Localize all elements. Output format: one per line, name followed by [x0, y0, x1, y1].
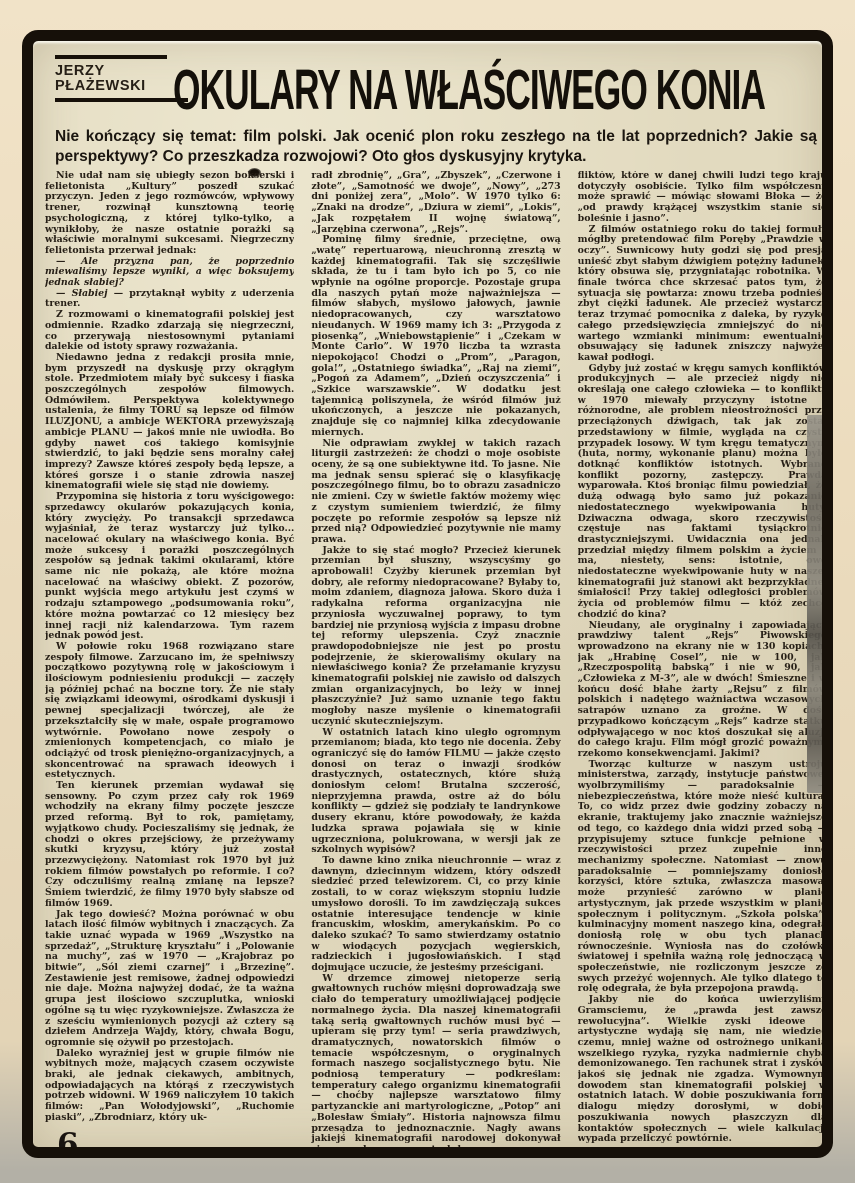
- text-run: radł zbrodnię”, „Gra”, „Zbyszek”, „Czerw…: [311, 171, 560, 235]
- article-paragraph: Jakby nie do końca uwierzyliśmy Gramscie…: [578, 995, 822, 1145]
- article-title: OKULARY NA WŁAŚCIWEGO KONIA: [173, 57, 765, 123]
- text-run: To dawne kino znika nieuchronnie — wraz …: [311, 855, 560, 973]
- article-paragraph: Tworząc kulturze w naszym ustroju minist…: [578, 760, 822, 995]
- text-run: Gdyby już zostać w kręgu samych konflikt…: [578, 363, 822, 620]
- text-run: Przypomina się historia z toru wyścigowe…: [45, 491, 294, 641]
- text-run: Pominę filmy średnie, przeciętne, ową „w…: [311, 234, 560, 438]
- text-run: Nieudany, ale oryginalny i zapowiadający…: [578, 620, 822, 759]
- article-paragraph: Z rozmowami o kinematografii polskiej je…: [45, 310, 294, 353]
- text-run: Jak tego dowieść? Można porównać w obu l…: [45, 909, 294, 1048]
- article-paragraph: W ostatnich latach kino uległo ogromnym …: [311, 728, 560, 856]
- article-column-3: fliktów, które w danej chwili ludzi tego…: [578, 171, 822, 1147]
- article-paragraph: Jakże to się stać mogło? Przecież kierun…: [311, 546, 560, 728]
- article-paragraph: Nie udał nam się ubiegły sezon bokserski…: [45, 171, 294, 257]
- article-paragraph: To dawne kino znika nieuchronnie — wraz …: [311, 856, 560, 974]
- byline-rule-bottom: [55, 98, 188, 102]
- article-column-1: Nie udał nam się ubiegły sezon bokserski…: [45, 171, 294, 1147]
- page-number: 6: [57, 1127, 79, 1147]
- text-run: W połowie roku 1968 rozwiązano stare zes…: [45, 641, 294, 780]
- text-run: fliktów, które w danej chwili ludzi tego…: [578, 171, 822, 224]
- author-first-name: JERZY: [55, 64, 189, 79]
- article-column-2: radł zbrodnię”, „Gra”, „Zbyszek”, „Czerw…: [311, 171, 560, 1147]
- author-byline: JERZY PŁAŻEWSKI: [55, 55, 189, 102]
- article-paragraph: Niedawno jedna z redakcji prosiła mnie, …: [45, 353, 294, 492]
- paper: JERZY PŁAŻEWSKI OKULARY NA WŁAŚCIWEGO KO…: [33, 41, 822, 1147]
- article-paragraph: radł zbrodnię”, „Gra”, „Zbyszek”, „Czerw…: [311, 171, 560, 235]
- text-run: W ostatnich latach kino uległo ogromnym …: [311, 727, 560, 856]
- byline-rule-top: [55, 55, 167, 59]
- scanned-magazine-page: { "page_number": "6", "header": { "bylin…: [0, 0, 855, 1183]
- article-paragraph: fliktów, które w danej chwili ludzi tego…: [578, 171, 822, 225]
- text-run: Tworząc kulturze w naszym ustroju minist…: [578, 759, 822, 995]
- text-run: W drzemce zimowej nietoperze serią gwałt…: [311, 973, 560, 1147]
- text-run: Ten kierunek przemian wydawał się sensow…: [45, 780, 294, 909]
- text-run: Nie odprawiam zwykłej w takich razach li…: [311, 438, 560, 545]
- scan-artifact-strip: [807, 415, 822, 793]
- article-paragraph: W połowie roku 1968 rozwiązano stare zes…: [45, 642, 294, 781]
- text-run: Daleko wyraźniej jest w grupie filmów ni…: [45, 1048, 294, 1123]
- article-paragraph: — Słabiej — przytaknął wybity z uderzeni…: [45, 289, 294, 310]
- text-run: Jakże to się stać mogło? Przecież kierun…: [311, 545, 560, 727]
- article-paragraph: Nie odprawiam zwykłej w takich razach li…: [311, 439, 560, 546]
- text-run: Jakby nie do końca uwierzyliśmy Gramscie…: [578, 994, 822, 1144]
- article-paragraph: Z filmów ostatniego roku do takiej formu…: [578, 225, 822, 364]
- article-paragraph: Przypomina się historia z toru wyścigowe…: [45, 492, 294, 642]
- text-run: Nie udał nam się ubiegły sezon bokserski…: [45, 171, 294, 256]
- author-last-name: PŁAŻEWSKI: [55, 79, 189, 94]
- article-paragraph: Gdyby już zostać w kręgu samych konflikt…: [578, 364, 822, 621]
- article-lead: Nie kończący się temat: film polski. Jak…: [55, 127, 817, 167]
- article-body: Nie udał nam się ubiegły sezon bokserski…: [45, 171, 822, 1147]
- article-paragraph: — Ale przyzna pan, że poprzednio miewali…: [45, 257, 294, 289]
- text-run: Z filmów ostatniego roku do takiej formu…: [578, 224, 822, 363]
- article-paragraph: Ten kierunek przemian wydawał się sensow…: [45, 781, 294, 909]
- text-run: Niedawno jedna z redakcji prosiła mnie, …: [45, 352, 294, 491]
- article-paragraph: Nieudany, ale oryginalny i zapowiadający…: [578, 621, 822, 760]
- italic-text-run: — Ale przyzna pan, że poprzednio miewali…: [45, 256, 294, 288]
- article-paragraph: Jak tego dowieść? Można porównać w obu l…: [45, 910, 294, 1049]
- article-paragraph: Pominę filmy średnie, przeciętne, ową „w…: [311, 235, 560, 438]
- italic-text-run: — Słabiej: [56, 288, 108, 299]
- article-paragraph: W drzemce zimowej nietoperze serią gwałt…: [311, 974, 560, 1147]
- text-run: Z rozmowami o kinematografii polskiej je…: [45, 309, 294, 352]
- article-paragraph: Daleko wyraźniej jest w grupie filmów ni…: [45, 1049, 294, 1124]
- page-frame: JERZY PŁAŻEWSKI OKULARY NA WŁAŚCIWEGO KO…: [22, 30, 833, 1158]
